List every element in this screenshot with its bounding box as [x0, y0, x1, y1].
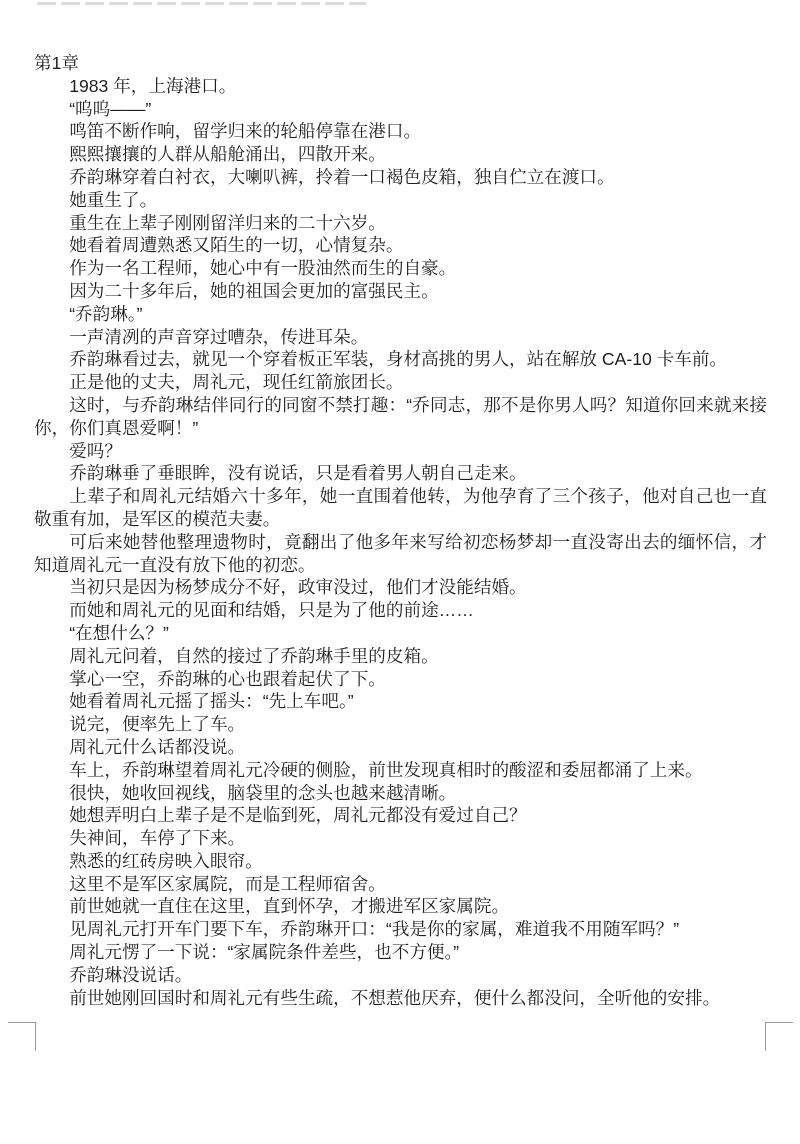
paragraph: 说完，便率先上了车。 [34, 713, 767, 736]
paragraph: 失神间，车停了下来。 [34, 827, 767, 850]
text-boundary-corner-mark-right [765, 1022, 793, 1051]
paragraph: 车上，乔韵琳望着周礼元冷硬的侧脸，前世发现真相时的酸涩和委屈都涌了上来。 [34, 759, 767, 782]
paragraph: 她想弄明白上辈子是不是临到死，周礼元都没有爱过自己？ [34, 804, 767, 827]
paragraph: 一声清冽的声音穿过嘈杂，传进耳朵。 [34, 326, 767, 349]
paragraph: 乔韵琳穿着白衬衣，大喇叭裤，拎着一口褐色皮箱，独自伫立在渡口。 [34, 166, 767, 189]
paragraph: “呜呜——” [34, 98, 767, 121]
paragraph: 当初只是因为杨梦成分不好，政审没过，他们才没能结婚。 [34, 576, 767, 599]
paragraph: 周礼元愣了一下说：“家属院条件差些，也不方便。” [34, 941, 767, 964]
paragraph: “在想什么？” [34, 622, 767, 645]
paragraph: 因为二十多年后，她的祖国会更加的富强民主。 [34, 280, 767, 303]
paragraph: 鸣笛不断作响，留学归来的轮船停靠在港口。 [34, 120, 767, 143]
paragraph: 她重生了。 [34, 189, 767, 212]
chapter-title: 第1章 [34, 52, 767, 75]
paragraph: 见周礼元打开车门要下车，乔韵琳开口：“我是你的家属，难道我不用随军吗？” [34, 918, 767, 941]
paragraph: 正是他的丈夫，周礼元，现任红箭旅团长。 [34, 371, 767, 394]
paragraph: “乔韵琳。” [34, 303, 767, 326]
paragraph: 她看着周遭熟悉又陌生的一切，心情复杂。 [34, 234, 767, 257]
paragraph: 熟悉的红砖房映入眼帘。 [34, 850, 767, 873]
paragraph: 这里不是军区家属院，而是工程师宿舍。 [34, 873, 767, 896]
paragraph: 可后来她替他整理遗物时，竟翻出了他多年来写给初恋杨梦却一直没寄出去的缅怀信，才知… [34, 531, 767, 577]
paragraph: 前世她就一直住在这里，直到怀孕，才搬进军区家属院。 [34, 895, 767, 918]
page-top-dashed-rule [37, 2, 366, 5]
paragraph: 乔韵琳垂了垂眼眸，没有说话，只是看着男人朝自己走来。 [34, 462, 767, 485]
text-boundary-corner-mark-left [8, 1022, 36, 1051]
paragraph: 而她和周礼元的见面和结婚，只是为了他的前途…… [34, 599, 767, 622]
paragraph: 乔韵琳看过去，就见一个穿着板正军装，身材高挑的男人，站在解放 CA-10 卡车前… [34, 348, 767, 371]
paragraph: 很快，她收回视线，脑袋里的念头也越来越清晰。 [34, 782, 767, 805]
paragraph: 这时，与乔韵琳结伴同行的同窗不禁打趣：“乔同志，那不是你男人吗？知道你回来就来接… [34, 394, 767, 440]
paragraph: 她看着周礼元摇了摇头：“先上车吧。” [34, 690, 767, 713]
paragraph: 前世她刚回国时和周礼元有些生疏，不想惹他厌弃，便什么都没问，全听他的安排。 [34, 987, 767, 1010]
paragraph: 乔韵琳没说话。 [34, 964, 767, 987]
chapter-body: 第1章 1983 年，上海港口。“呜呜——”鸣笛不断作响，留学归来的轮船停靠在港… [34, 52, 767, 1009]
paragraph: 上辈子和周礼元结婚六十多年，她一直围着他转，为他孕育了三个孩子，他对自己也一直敬… [34, 485, 767, 531]
paragraph: 1983 年，上海港口。 [34, 75, 767, 98]
paragraph: 熙熙攘攘的人群从船舱涌出，四散开来。 [34, 143, 767, 166]
document-page: { "page": { "background_color": "#ffffff… [0, 0, 800, 1144]
paragraph: 爱吗？ [34, 440, 767, 463]
paragraph: 掌心一空，乔韵琳的心也跟着起伏了下。 [34, 668, 767, 691]
paragraph: 作为一名工程师，她心中有一股油然而生的自豪。 [34, 257, 767, 280]
paragraph: 周礼元什么话都没说。 [34, 736, 767, 759]
paragraph: 重生在上辈子刚刚留洋归来的二十六岁。 [34, 212, 767, 235]
paragraph: 周礼元问着，自然的接过了乔韵琳手里的皮箱。 [34, 645, 767, 668]
